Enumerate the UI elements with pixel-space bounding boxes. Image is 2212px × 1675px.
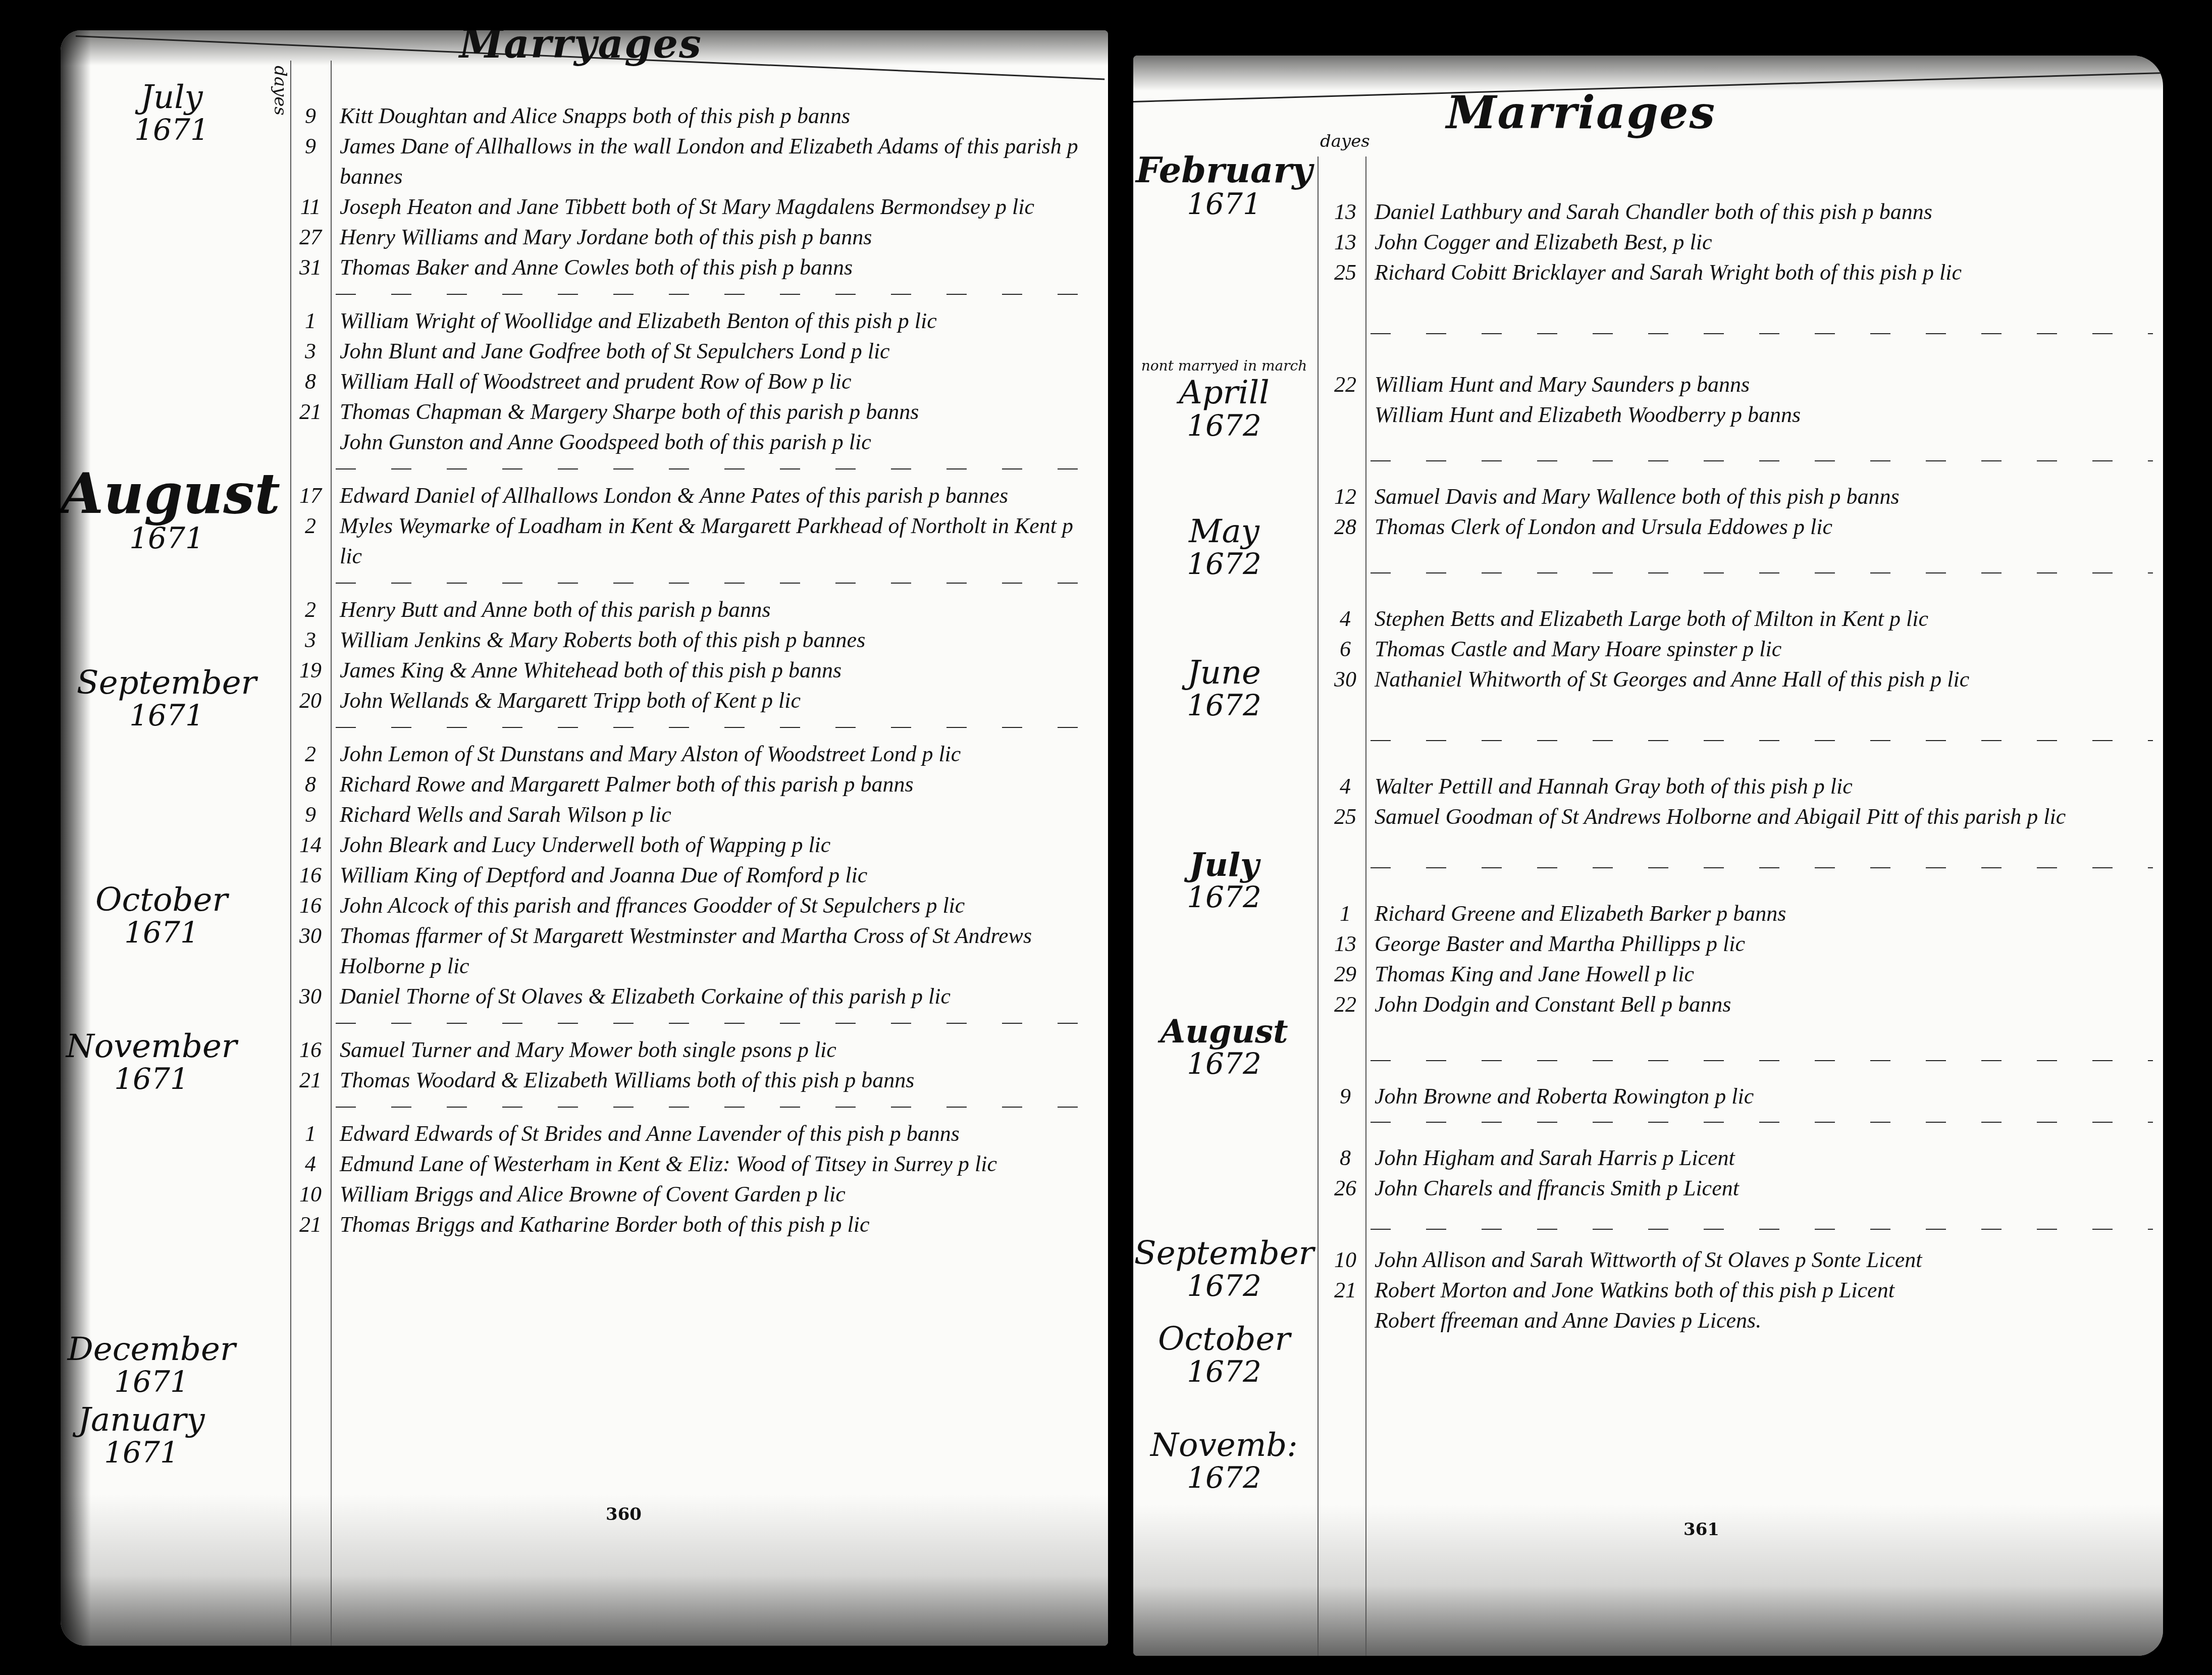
margin-note: nont marryed in march [1133, 358, 1315, 373]
book-gutter [1108, 0, 1133, 1675]
entry-day: 11 [290, 192, 331, 222]
entry-text: John Bleark and Lucy Underwell both of W… [331, 830, 1098, 860]
marriage-entry: 21Thomas Woodard & Elizabeth Williams bo… [290, 1065, 1098, 1095]
marriage-entry: 12Samuel Davis and Mary Wallence both of… [1325, 482, 2153, 512]
entry-text: William Jenkins & Mary Roberts both of t… [331, 625, 1098, 655]
entry-text: John Cogger and Elizabeth Best, p lic [1365, 227, 2153, 257]
month-group: 2Henry Butt and Anne both of this parish… [290, 595, 1098, 716]
entry-day: 20 [290, 686, 331, 716]
marriage-entry: 25Richard Cobitt Bricklayer and Sarah Wr… [1325, 257, 2153, 288]
entry-day: 9 [290, 131, 331, 162]
marriage-entry: 26John Charels and ffrancis Smith p Lice… [1325, 1173, 2153, 1203]
month-label: Novemb: 1672 [1133, 1429, 1315, 1493]
marriage-entry: 13Daniel Lathbury and Sarah Chandler bot… [1325, 197, 2153, 227]
entry-text: William King of Deptford and Joanna Due … [331, 860, 1098, 891]
entry-day: 31 [290, 252, 331, 283]
entry-day: 1 [290, 1119, 331, 1149]
entry-day: 9 [290, 800, 331, 830]
entry-day: 10 [1325, 1245, 1365, 1275]
separator-line [1371, 572, 2153, 573]
marriage-entry: 10John Allison and Sarah Wittworth of St… [1325, 1245, 2153, 1275]
month-group: 1Edward Edwards of St Brides and Anne La… [290, 1119, 1098, 1240]
month-group: 13Daniel Lathbury and Sarah Chandler bot… [1325, 197, 2153, 288]
entry-day: 25 [1325, 257, 1365, 288]
entry-day: 10 [290, 1179, 331, 1210]
entry-text: John Allison and Sarah Wittworth of St O… [1365, 1245, 2153, 1275]
entry-text: Robert Morton and Jone Watkins both of t… [1365, 1275, 2153, 1305]
marriage-entry: 21Thomas Briggs and Katharine Border bot… [290, 1210, 1098, 1240]
entry-text: Samuel Davis and Mary Wallence both of t… [1365, 482, 2153, 512]
entry-day: 6 [1325, 634, 1365, 664]
page-number: 361 [1683, 1520, 1719, 1540]
entry-text: Richard Greene and Elizabeth Barker p ba… [1365, 899, 2153, 929]
entry-text: Thomas Woodard & Elizabeth Williams both… [331, 1065, 1098, 1095]
entry-day: 3 [290, 336, 331, 367]
marriage-entry: William Hunt and Elizabeth Woodberry p b… [1325, 400, 2153, 430]
month-group: 1Richard Greene and Elizabeth Barker p b… [1325, 899, 2153, 1020]
marriage-entry: 22John Dodgin and Constant Bell p banns [1325, 989, 2153, 1020]
entry-day: 8 [290, 769, 331, 800]
marriage-entry: Robert ffreeman and Anne Davies p Licens… [1325, 1305, 2153, 1336]
entry-day: 26 [1325, 1173, 1365, 1203]
month-group: 8John Higham and Sarah Harris p Licent 2… [1325, 1143, 2153, 1203]
marriage-entry: 13John Cogger and Elizabeth Best, p lic [1325, 227, 2153, 257]
entry-day: 28 [1325, 512, 1365, 542]
month-group: 12Samuel Davis and Mary Wallence both of… [1325, 482, 2153, 542]
month-label: January 1671 [61, 1403, 222, 1468]
entry-day: 21 [290, 1065, 331, 1095]
entry-text: John Gunston and Anne Goodspeed both of … [331, 427, 1098, 457]
month-group: 10John Allison and Sarah Wittworth of St… [1325, 1245, 2153, 1336]
entry-text: Thomas King and Jane Howell p lic [1365, 959, 2153, 989]
marriage-entry: 8William Hall of Woodstreet and prudent … [290, 367, 1098, 397]
month-label: September 1672 [1133, 1237, 1315, 1301]
marriage-entry: 25Samuel Goodman of St Andrews Holborne … [1325, 802, 2153, 832]
separator-line [336, 583, 1098, 584]
entry-day: 16 [290, 891, 331, 921]
marriage-entry: 2John Lemon of St Dunstans and Mary Alst… [290, 739, 1098, 769]
month-group: 1William Wright of Woollidge and Elizabe… [290, 306, 1098, 457]
entry-text: George Baster and Martha Phillipps p lic [1365, 929, 2153, 959]
entry-text: Richard Wells and Sarah Wilson p lic [331, 800, 1098, 830]
entry-day: 30 [290, 981, 331, 1012]
entry-text: Daniel Thorne of St Olaves & Elizabeth C… [331, 981, 1098, 1012]
month-label: nont marryed in march Aprill 1672 [1133, 358, 1315, 441]
entries-column: 13Daniel Lathbury and Sarah Chandler bot… [1325, 197, 2153, 1336]
marriage-entry: 11Joseph Heaton and Jane Tibbett both of… [290, 192, 1098, 222]
entry-day: 22 [1325, 989, 1365, 1020]
entry-day: 25 [1325, 802, 1365, 832]
entry-text: Myles Weymarke of Loadham in Kent & Marg… [331, 511, 1098, 571]
entry-day: 30 [1325, 664, 1365, 695]
entry-day: 30 [290, 921, 331, 951]
entry-text: Thomas Baker and Anne Cowles both of thi… [331, 252, 1098, 283]
month-group: 22William Hunt and Mary Saunders p banns… [1325, 370, 2153, 430]
entry-day: 13 [1325, 197, 1365, 227]
marriage-entry: 3John Blunt and Jane Godfree both of St … [290, 336, 1098, 367]
marriage-entry: 4Walter Pettill and Hannah Gray both of … [1325, 771, 2153, 802]
entry-text: Henry Butt and Anne both of this parish … [331, 595, 1098, 625]
entry-day: 2 [290, 595, 331, 625]
marriage-entry: 29Thomas King and Jane Howell p lic [1325, 959, 2153, 989]
entry-text: Edward Daniel of Allhallows London & Ann… [331, 481, 1098, 511]
month-label: July 1671 [96, 81, 247, 145]
entry-text: Richard Cobitt Bricklayer and Sarah Wrig… [1365, 257, 2153, 288]
marriage-entry: 16William King of Deptford and Joanna Du… [290, 860, 1098, 891]
entry-text: Samuel Turner and Mary Mower both single… [331, 1035, 1098, 1065]
entry-day: 27 [290, 222, 331, 252]
month-label: August 1671 [61, 464, 273, 553]
marriage-entry: 14John Bleark and Lucy Underwell both of… [290, 830, 1098, 860]
entry-text: Edmund Lane of Westerham in Kent & Eliz:… [331, 1149, 1098, 1179]
month-group: 9Kitt Doughtan and Alice Snapps both of … [290, 101, 1098, 283]
separator-line [336, 294, 1098, 295]
marriage-entry: 9Kitt Doughtan and Alice Snapps both of … [290, 101, 1098, 131]
entry-text: Joseph Heaton and Jane Tibbett both of S… [331, 192, 1098, 222]
entry-text: James Dane of Allhallows in the wall Lon… [331, 131, 1098, 192]
month-group: 4Stephen Betts and Elizabeth Large both … [1325, 604, 2153, 695]
marriage-entry: 19James King & Anne Whitehead both of th… [290, 655, 1098, 686]
marriage-entry: 27Henry Williams and Mary Jordane both o… [290, 222, 1098, 252]
left-page: Marryages dayes July 1671 August 1671 Se… [61, 30, 1108, 1646]
entry-day: 8 [1325, 1143, 1365, 1173]
entry-day: 21 [1325, 1275, 1365, 1305]
marriage-entry: 8John Higham and Sarah Harris p Licent [1325, 1143, 2153, 1173]
month-label: November 1671 [61, 1030, 242, 1094]
separator-line [336, 468, 1098, 469]
entry-day: 21 [290, 397, 331, 427]
entry-text: Nathaniel Whitworth of St Georges and An… [1365, 664, 2153, 695]
separator-line [1371, 333, 2153, 334]
entry-text: Thomas Clerk of London and Ursula Eddowe… [1365, 512, 2153, 542]
entry-text: Samuel Goodman of St Andrews Holborne an… [1365, 802, 2153, 832]
entry-text: Richard Rowe and Margarett Palmer both o… [331, 769, 1098, 800]
month-group: 17Edward Daniel of Allhallows London & A… [290, 481, 1098, 571]
marriage-entry: John Gunston and Anne Goodspeed both of … [290, 427, 1098, 457]
entry-text: William Hunt and Elizabeth Woodberry p b… [1365, 400, 2153, 430]
marriage-entry: 6Thomas Castle and Mary Hoare spinster p… [1325, 634, 2153, 664]
entry-text: Thomas ffarmer of St Margarett Westminst… [331, 921, 1098, 981]
entry-text: John Wellands & Margarett Tripp both of … [331, 686, 1098, 716]
marriage-entry: 4Stephen Betts and Elizabeth Large both … [1325, 604, 2153, 634]
marriage-entry: 28Thomas Clerk of London and Ursula Eddo… [1325, 512, 2153, 542]
month-label: February 1671 [1133, 151, 1315, 219]
days-column-label: dayes [1320, 131, 1370, 151]
entry-text: Edward Edwards of St Brides and Anne Lav… [331, 1119, 1098, 1149]
month-label: December 1671 [61, 1333, 242, 1397]
marriage-entry: 9Richard Wells and Sarah Wilson p lic [290, 800, 1098, 830]
marriage-entry: 16John Alcock of this parish and ffrance… [290, 891, 1098, 921]
entry-day: 17 [290, 481, 331, 511]
marriage-entry: 3William Jenkins & Mary Roberts both of … [290, 625, 1098, 655]
marriage-entry: 8Richard Rowe and Margarett Palmer both … [290, 769, 1098, 800]
month-group: 4Walter Pettill and Hannah Gray both of … [1325, 771, 2153, 832]
separator-line [1371, 1122, 2153, 1123]
entry-text: James King & Anne Whitehead both of this… [331, 655, 1098, 686]
marriage-entry: 30Thomas ffarmer of St Margarett Westmin… [290, 921, 1098, 981]
entry-day: 2 [290, 511, 331, 541]
entry-text: John Browne and Roberta Rowington p lic [1365, 1081, 2153, 1112]
entry-day: 4 [1325, 771, 1365, 802]
entry-text: John Higham and Sarah Harris p Licent [1365, 1143, 2153, 1173]
entry-text: William Hall of Woodstreet and prudent R… [331, 367, 1098, 397]
entry-text: John Charels and ffrancis Smith p Licent [1365, 1173, 2153, 1203]
marriage-entry: 21Thomas Chapman & Margery Sharpe both o… [290, 397, 1098, 427]
marriage-entry: 20John Wellands & Margarett Tripp both o… [290, 686, 1098, 716]
entry-day: 4 [290, 1149, 331, 1179]
entry-day: 13 [1325, 929, 1365, 959]
entry-text: John Alcock of this parish and ffrances … [331, 891, 1098, 921]
separator-line [336, 1023, 1098, 1024]
entry-day: 22 [1325, 370, 1365, 400]
entry-day: 1 [1325, 899, 1365, 929]
marriage-entry: 30Daniel Thorne of St Olaves & Elizabeth… [290, 981, 1098, 1012]
separator-line [1371, 460, 2153, 461]
entry-text: John Blunt and Jane Godfree both of St S… [331, 336, 1098, 367]
month-label: October 1671 [61, 883, 262, 948]
entry-day: 19 [290, 655, 331, 686]
marriage-entry: 1Edward Edwards of St Brides and Anne La… [290, 1119, 1098, 1149]
month-group: 2John Lemon of St Dunstans and Mary Alst… [290, 739, 1098, 1012]
marriage-entry: 22William Hunt and Mary Saunders p banns [1325, 370, 2153, 400]
month-label: August 1672 [1133, 1015, 1315, 1079]
separator-line [336, 1107, 1098, 1108]
marriage-entry: 30Nathaniel Whitworth of St Georges and … [1325, 664, 2153, 695]
separator-line [1371, 1060, 2153, 1061]
right-page: Marriages dayes February 1671 nont marry… [1133, 56, 2163, 1656]
entry-text: Kitt Doughtan and Alice Snapps both of t… [331, 101, 1098, 131]
marriage-entry: 2Henry Butt and Anne both of this parish… [290, 595, 1098, 625]
page-heading: Marryages [459, 30, 702, 67]
marriage-entry: 4Edmund Lane of Westerham in Kent & Eliz… [290, 1149, 1098, 1179]
entry-day: 16 [290, 860, 331, 891]
marriage-entry: 31Thomas Baker and Anne Cowles both of t… [290, 252, 1098, 283]
marriage-entry: 10William Briggs and Alice Browne of Cov… [290, 1179, 1098, 1210]
month-label: October 1672 [1133, 1323, 1315, 1387]
month-label: June 1672 [1133, 656, 1315, 721]
entries-column: 9Kitt Doughtan and Alice Snapps both of … [290, 101, 1098, 1240]
entry-day: 1 [290, 306, 331, 336]
separator-line [1371, 867, 2153, 868]
entry-text: John Dodgin and Constant Bell p banns [1365, 989, 2153, 1020]
entry-day: 12 [1325, 482, 1365, 512]
separator-line [1371, 1229, 2153, 1230]
marriage-entry: 9John Browne and Roberta Rowington p lic [1325, 1081, 2153, 1112]
page-heading: Marriages [1446, 86, 1716, 139]
month-column-divider [1318, 156, 1319, 1656]
marriage-entry: 17Edward Daniel of Allhallows London & A… [290, 481, 1098, 511]
entry-text: Thomas Castle and Mary Hoare spinster p … [1365, 634, 2153, 664]
separator-line [1371, 740, 2153, 741]
entry-text: Robert ffreeman and Anne Davies p Licens… [1365, 1305, 2153, 1336]
month-group: 16Samuel Turner and Mary Mower both sing… [290, 1035, 1098, 1095]
marriage-entry: 21Robert Morton and Jone Watkins both of… [1325, 1275, 2153, 1305]
entry-day: 14 [290, 830, 331, 860]
marriage-entry: 1Richard Greene and Elizabeth Barker p b… [1325, 899, 2153, 929]
month-label: July 1672 [1133, 848, 1315, 913]
entry-day: 3 [290, 625, 331, 655]
entry-text: Thomas Briggs and Katharine Border both … [331, 1210, 1098, 1240]
month-group: 9John Browne and Roberta Rowington p lic [1325, 1081, 2153, 1112]
entry-text: William Briggs and Alice Browne of Coven… [331, 1179, 1098, 1210]
days-column-label: dayes [270, 66, 290, 116]
entry-text: Thomas Chapman & Margery Sharpe both of … [331, 397, 1098, 427]
entry-day: 13 [1325, 227, 1365, 257]
entry-day: 2 [290, 739, 331, 769]
entry-day: 21 [290, 1210, 331, 1240]
marriage-entry: 1William Wright of Woollidge and Elizabe… [290, 306, 1098, 336]
entry-day: 9 [290, 101, 331, 131]
entry-text: John Lemon of St Dunstans and Mary Alsto… [331, 739, 1098, 769]
entry-day: 8 [290, 367, 331, 397]
entry-text: Daniel Lathbury and Sarah Chandler both … [1365, 197, 2153, 227]
separator-line [336, 727, 1098, 728]
entry-text: Walter Pettill and Hannah Gray both of t… [1365, 771, 2153, 802]
entry-day: 9 [1325, 1081, 1365, 1112]
entry-day: 16 [290, 1035, 331, 1065]
entry-text: Henry Williams and Mary Jordane both of … [331, 222, 1098, 252]
marriage-entry: 16Samuel Turner and Mary Mower both sing… [290, 1035, 1098, 1065]
month-label: May 1672 [1133, 515, 1315, 580]
entry-text: William Wright of Woollidge and Elizabet… [331, 306, 1098, 336]
marriage-entry: 2Myles Weymarke of Loadham in Kent & Mar… [290, 511, 1098, 571]
entry-day: 29 [1325, 959, 1365, 989]
marriage-entry: 9James Dane of Allhallows in the wall Lo… [290, 131, 1098, 192]
page-number: 360 [606, 1504, 642, 1525]
register-spread: Marryages dayes July 1671 August 1671 Se… [0, 0, 2212, 1675]
marriage-entry: 13George Baster and Martha Phillipps p l… [1325, 929, 2153, 959]
entry-text: Stephen Betts and Elizabeth Large both o… [1365, 604, 2153, 634]
month-label: September 1671 [61, 666, 273, 731]
entry-text: William Hunt and Mary Saunders p banns [1365, 370, 2153, 400]
entry-day: 4 [1325, 604, 1365, 634]
